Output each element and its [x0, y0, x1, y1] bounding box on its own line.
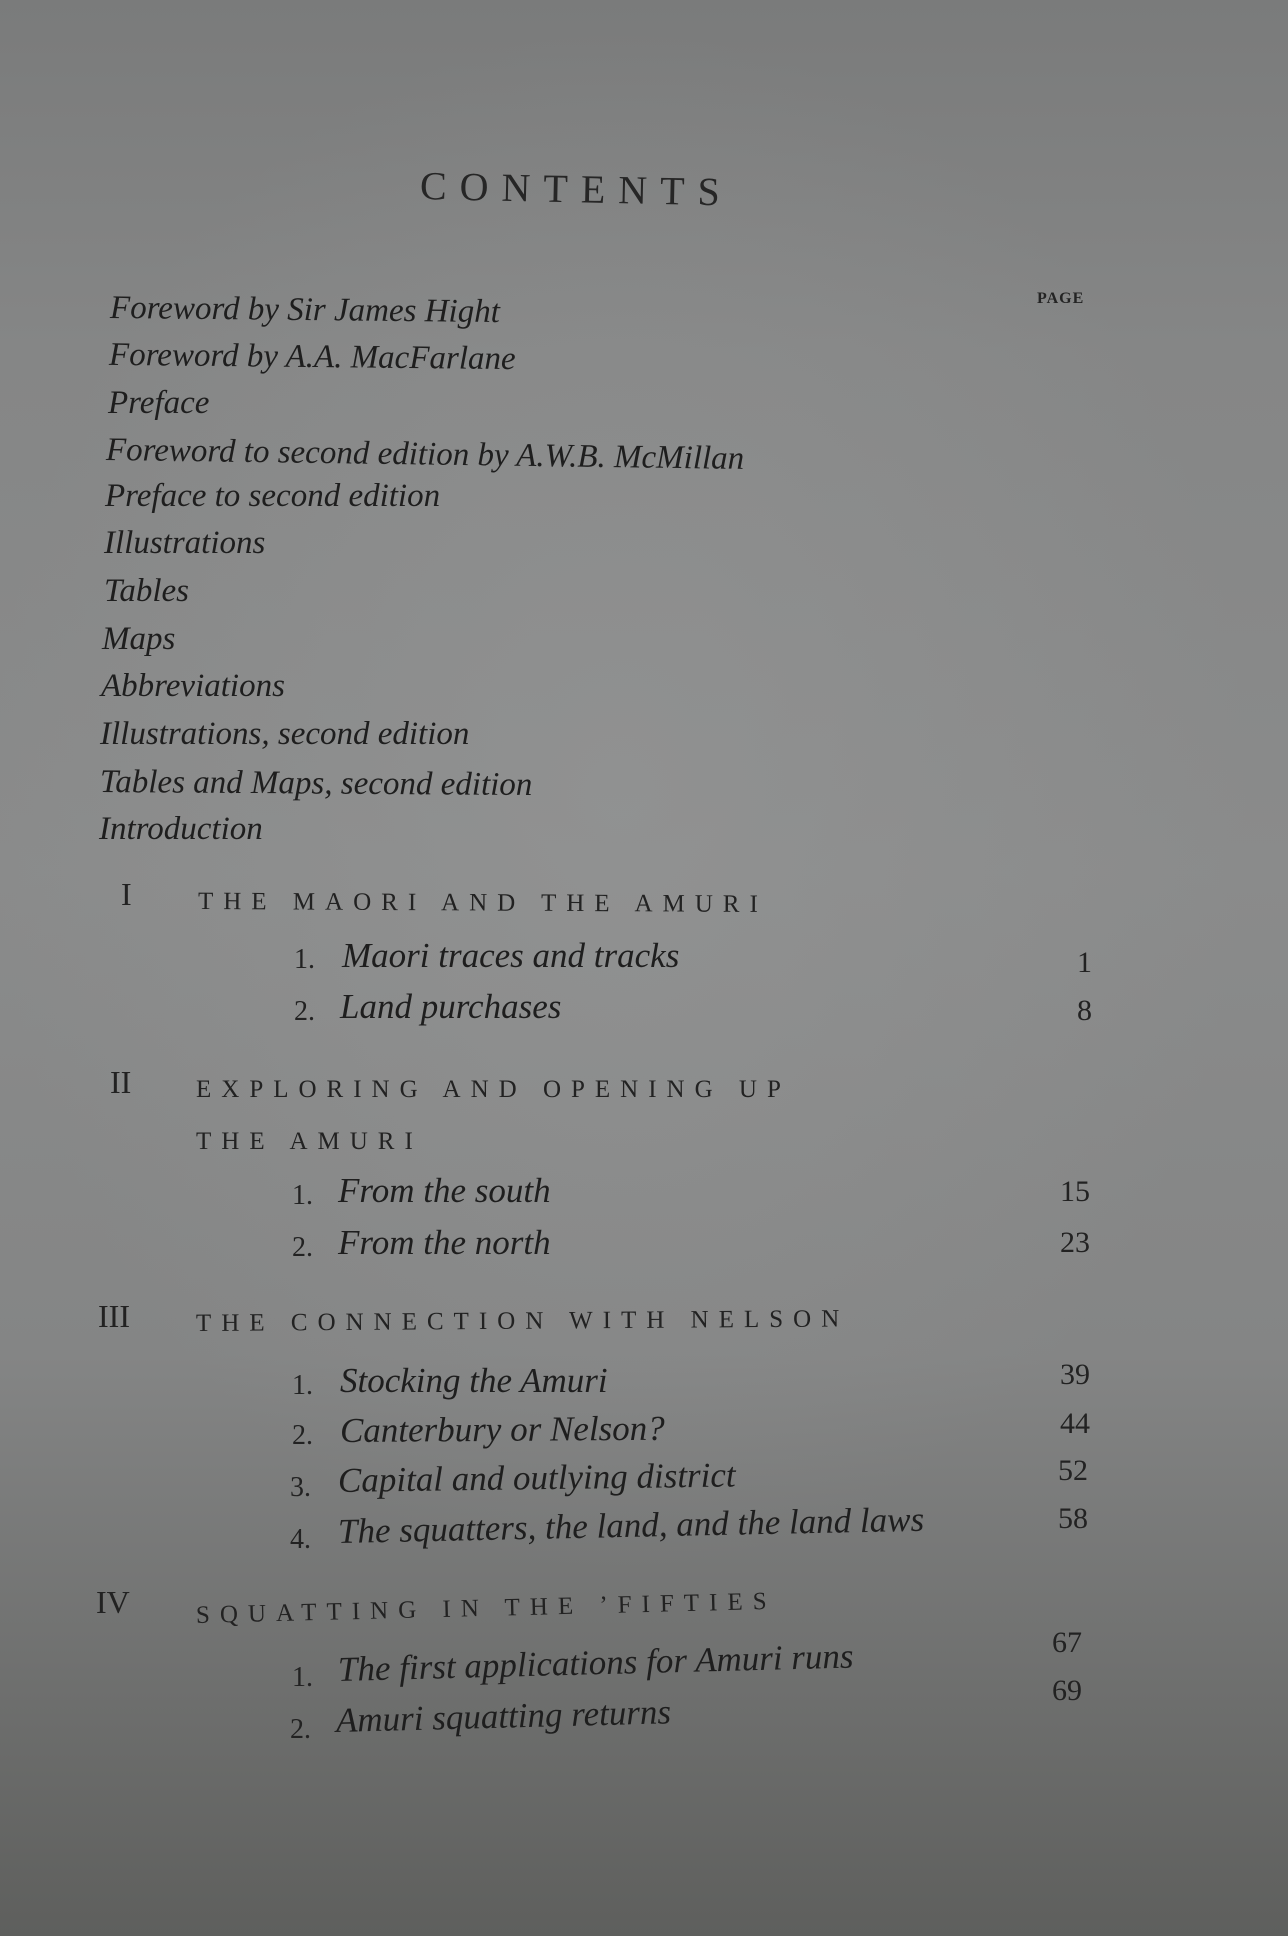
section-page-number: 15 [1030, 1175, 1090, 1209]
section-number: 1. [292, 1662, 313, 1694]
section-page-number: 23 [1030, 1226, 1090, 1260]
page-title: CONTENTS [420, 162, 734, 216]
front-matter-item: Foreword by Sir James Hight [110, 290, 500, 331]
section-number: 1. [292, 1370, 313, 1402]
section-number: 2. [292, 1232, 313, 1264]
section-page-number: 8 [1032, 994, 1092, 1028]
section-number: 3. [290, 1472, 311, 1504]
section-title: The squatters, the land, and the land la… [338, 1500, 925, 1552]
section-number: 2. [294, 996, 315, 1028]
section-page-number: 39 [1030, 1358, 1090, 1392]
section-page-number: 69 [1022, 1674, 1082, 1708]
chapter-numeral: III [98, 1298, 130, 1335]
section-title: From the south [338, 1171, 551, 1211]
front-matter-item: Tables and Maps, second edition [100, 764, 533, 804]
chapter-title: THE MAORI AND THE AMURI [198, 888, 768, 919]
section-title: Capital and outlying district [338, 1455, 736, 1501]
section-title: Canterbury or Nelson? [340, 1409, 665, 1451]
front-matter-item: Preface to second edition [105, 478, 440, 515]
front-matter-item: Foreword by A.A. MacFarlane [109, 337, 516, 378]
section-number: 1. [292, 1180, 313, 1212]
section-page-number: 44 [1030, 1407, 1090, 1441]
front-matter-item: Tables [104, 573, 189, 610]
page-column-label: PAGE [1037, 290, 1084, 308]
chapter-title-continued: THE AMURI [196, 1128, 423, 1156]
book-page: CONTENTS PAGE Foreword by Sir James High… [0, 0, 1288, 1936]
chapter-title: THE CONNECTION WITH NELSON [196, 1305, 849, 1338]
section-title: Stocking the Amuri [340, 1361, 608, 1401]
chapter-numeral: I [121, 876, 132, 913]
section-number: 1. [294, 944, 315, 976]
front-matter-item: Introduction [99, 811, 263, 848]
chapter-title: SQUATTING IN THE ’FIFTIES [196, 1588, 777, 1630]
section-page-number: 1 [1032, 946, 1092, 980]
front-matter-item: Abbreviations [101, 668, 285, 705]
section-title: Maori traces and tracks [342, 936, 679, 976]
section-number: 2. [292, 1420, 313, 1452]
front-matter-item: Preface [108, 385, 209, 422]
front-matter-item: Illustrations [104, 525, 265, 562]
front-matter-item: Maps [102, 621, 175, 658]
chapter-title: EXPLORING AND OPENING UP [196, 1076, 791, 1104]
chapter-numeral: IV [96, 1584, 130, 1621]
section-title: The first applications for Amuri runs [337, 1637, 854, 1690]
section-page-number: 58 [1028, 1502, 1088, 1536]
front-matter-item: Foreword to second edition by A.W.B. McM… [106, 432, 745, 478]
section-number: 2. [290, 1714, 311, 1746]
section-page-number: 67 [1022, 1626, 1082, 1660]
chapter-numeral: II [110, 1064, 131, 1101]
section-page-number: 52 [1028, 1454, 1088, 1488]
section-title: Land purchases [340, 987, 561, 1027]
section-title: From the north [338, 1223, 551, 1263]
section-title: Amuri squatting returns [335, 1692, 671, 1741]
section-number: 4. [290, 1524, 311, 1556]
front-matter-item: Illustrations, second edition [100, 716, 469, 753]
